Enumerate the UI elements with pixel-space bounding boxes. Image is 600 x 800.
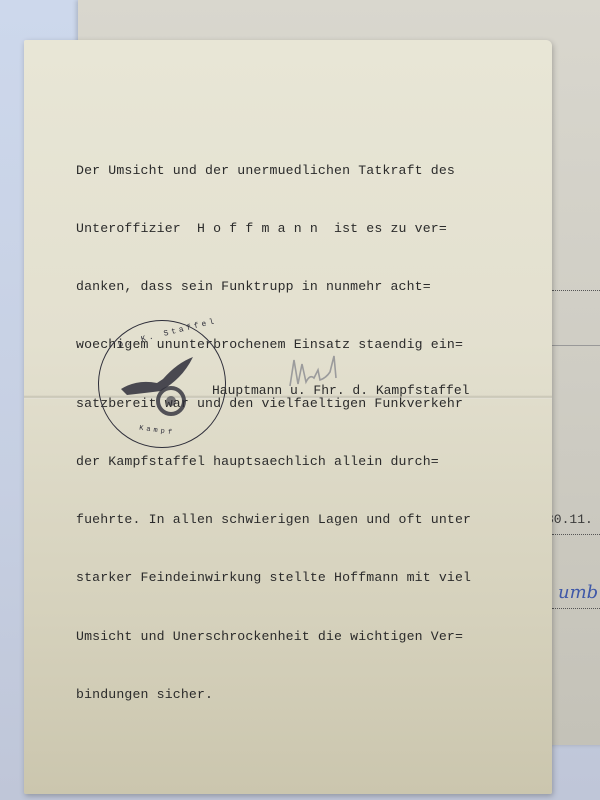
back-sheet-form-line xyxy=(552,608,600,609)
body-line: Der Umsicht und der unermuedlichen Tatkr… xyxy=(76,161,546,180)
body-line: fuehrte. In allen schwierigen Lagen und … xyxy=(76,510,546,529)
body-line: bindungen sicher. xyxy=(76,685,546,704)
stamp-bottom-text: Kampf xyxy=(139,425,176,438)
body-line: der Kampfstaffel hauptsaechlich allein d… xyxy=(76,452,546,471)
back-sheet-date: 30.11. xyxy=(546,512,593,527)
body-line: Umsicht und Unerschrockenheit die wichti… xyxy=(76,627,546,646)
body-line: danken, dass sein Funktrupp in nunmehr a… xyxy=(76,277,546,296)
back-sheet-rule xyxy=(552,345,600,346)
signature-title: Hauptmann u. Fhr. d. Kampfstaffel xyxy=(212,383,469,398)
body-line: Unteroffizier H o f f m a n n ist es zu … xyxy=(76,219,546,238)
back-sheet-form-line xyxy=(552,290,600,291)
back-sheet-form-line xyxy=(552,534,600,535)
eagle-emblem-icon xyxy=(117,349,207,419)
official-stamp: D. K. Staffel Kampf xyxy=(98,320,226,448)
body-line: starker Feindeinwirkung stellte Hoffmann… xyxy=(76,568,546,587)
back-sheet-handwriting: umb xyxy=(558,582,598,603)
commendation-letter: Der Umsicht und der unermuedlichen Tatkr… xyxy=(24,40,552,794)
